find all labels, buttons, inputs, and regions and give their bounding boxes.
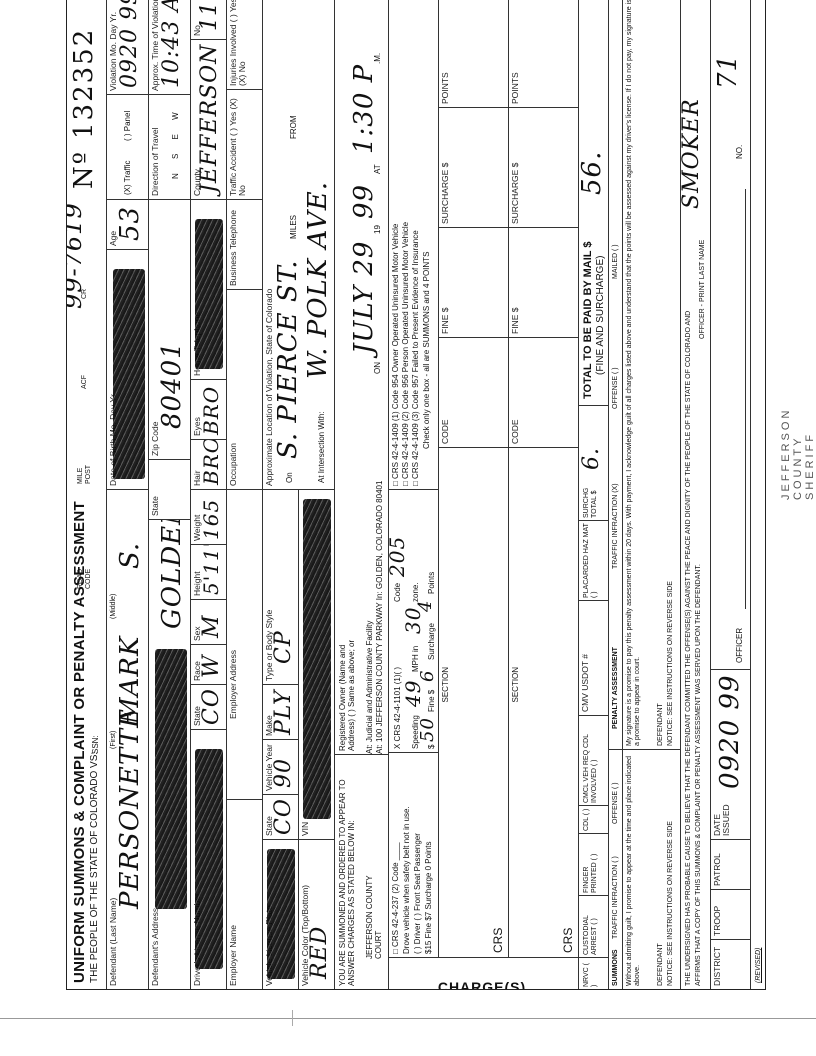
make-cell[interactable]: Make PLY <box>263 684 299 739</box>
officer-print-value: SMOKER <box>681 98 704 209</box>
appearance-cell: YOU ARE SUMMONED AND ORDERED TO APPEAR T… <box>335 754 389 989</box>
cmcl-cell[interactable]: CMCL VEH REQ CDL INVOLVED ( ) <box>579 715 609 805</box>
middle-name-label: (Middle) <box>110 594 118 619</box>
cdl-cell[interactable]: CDL ( ) <box>579 805 609 833</box>
surcharge-total-label: SURCHG TOTAL $ <box>583 478 599 518</box>
serial-number: 132352 <box>69 28 99 139</box>
penalty-infraction-checkbox[interactable]: TRAFFIC INFRACTION (X) <box>612 483 620 569</box>
speeding-code-label: Code <box>393 583 402 602</box>
serial-prefix: Nº <box>69 150 99 189</box>
zip-value: 80401 <box>157 341 187 429</box>
accident-cell[interactable]: Traffic Accident ( ) Yes (X) No <box>227 89 263 199</box>
insurance-line4: Check only one box - all are SUMMONS and… <box>422 252 431 449</box>
page-rule-tick <box>292 1010 293 1026</box>
hazmat-cell[interactable]: PLACARDED HAZ MAT ( ) <box>579 520 609 600</box>
seatbelt-line2: Drove vehicle when safety belt not in us… <box>402 806 411 954</box>
surcharge-total-cell[interactable]: SURCHG TOTAL $ 6. <box>579 405 609 520</box>
charge-row-2-points[interactable]: POINTS <box>509 0 579 107</box>
county-no-cell[interactable]: No. 11 <box>191 0 227 39</box>
code-label: CODE <box>511 419 520 444</box>
points-label: POINTS <box>511 72 520 104</box>
lic-state-value: CO <box>199 688 224 725</box>
seatbelt-cell[interactable]: □ CRS 42-4-237 (2) Code ____ Drove vehic… <box>389 752 439 957</box>
vin-cell[interactable]: VIN <box>299 489 335 839</box>
points-label: POINTS <box>441 72 450 104</box>
summons-form: UNIFORM SUMMONS & COMPLAINT OR PENALTY A… <box>66 0 766 990</box>
body-style-cell[interactable]: Type or Body Style CP <box>263 489 299 684</box>
address-label: Defendant's Address <box>151 908 160 986</box>
section-label: SECTION <box>441 667 450 703</box>
appearance-text: YOU ARE SUMMONED AND ORDERED TO APPEAR T… <box>338 756 356 986</box>
lic-state-cell[interactable]: State CO <box>191 684 227 729</box>
officer-print-label: OFFICER - PRINT LAST NAME <box>699 240 707 339</box>
owner-cell[interactable]: Registered Owner (Name and Address) ( ) … <box>335 0 389 754</box>
intersection-value: W. POLK AVE. <box>303 181 333 379</box>
officer-signature-line <box>745 189 746 609</box>
charges-label: CHARGE(S) <box>438 979 526 989</box>
charges-label-cell: CHARGE(S) <box>389 957 579 989</box>
violation-date-value: 0920 99 <box>117 0 142 88</box>
traffic-checkbox[interactable]: (X) Traffic <box>123 160 132 195</box>
seatbelt-line1[interactable]: □ CRS 42-4-237 (2) Code ____ <box>391 842 400 954</box>
plate-cell[interactable]: Vehicle License Plate <box>263 839 299 989</box>
on-street-value: S. PIERCE ST. <box>273 260 303 459</box>
body-style-value: CP <box>271 630 296 664</box>
redaction <box>195 219 223 369</box>
plate-state-value: CO <box>271 798 296 835</box>
summons-body[interactable]: Without admitting guilt, I promise to ap… <box>623 749 681 989</box>
surcharge-label: Surcharge <box>427 623 436 660</box>
owner-label: Registered Owner (Name and Address) ( ) … <box>338 631 356 751</box>
last-name-label: Defendant (Last Name) <box>109 898 118 986</box>
penalty-text: My signature is a promise to pay this pe… <box>626 0 642 746</box>
age-value: 53 <box>115 206 145 241</box>
business-phone-cell[interactable]: Business Telephone <box>227 199 263 289</box>
crs-label: CRS <box>561 928 575 953</box>
race-value: W <box>199 654 224 678</box>
cmcl-checkbox[interactable]: CMCL VEH REQ CDL INVOLVED ( ) <box>583 717 599 803</box>
intersection-label: At Intersection With: <box>317 411 326 483</box>
county-cell[interactable]: County JEFFERSON <box>191 39 227 199</box>
penalty-label: PENALTY ASSESSMENT <box>612 647 620 729</box>
accident-label[interactable]: Traffic Accident ( ) Yes (X) No <box>229 96 247 196</box>
nrvc-cell[interactable]: NRVC ( ) <box>579 957 609 989</box>
redaction <box>195 749 223 969</box>
patrol-cell[interactable]: PATROL <box>711 839 751 889</box>
license-cell[interactable]: Driver's License Number <box>191 729 227 989</box>
court-address: At: 100 JEFFERSON COUNTY PARKWAY In: GOL… <box>375 481 384 754</box>
insurance-line1[interactable]: □ CRS 42-4-1409 (1) Code 954 Owner Opera… <box>391 224 400 486</box>
page-bottom-rule <box>0 1018 816 1019</box>
color-cell[interactable]: Vehicle Color (Top/Bottom) RED <box>299 839 335 989</box>
total-label: TOTAL TO BE PAID BY MAIL $ <box>582 242 594 400</box>
county-value: JEFFERSON <box>197 44 222 193</box>
crs-label: CRS <box>491 928 505 953</box>
employer-label: Employer Name <box>229 925 238 986</box>
charge-row-2-surcharge[interactable]: SURCHARGE $ <box>509 107 579 227</box>
court-date-value: JULY 29 <box>349 241 379 354</box>
form-revision: (REVISED) <box>755 948 763 983</box>
insurance-line3[interactable]: □ CRS 42-4-1409 (3) Code 957 Failed to P… <box>411 230 420 486</box>
court-facility: At: Judicial and Administrative Facility <box>365 621 374 754</box>
court-time-value: 1:30 P <box>349 64 379 154</box>
violation-time-value: 10:43 AM <box>159 0 184 88</box>
injuries-label[interactable]: Injuries Involved ( ) Yes (X) No <box>229 0 247 86</box>
certification-row: THE UNDERSIGNED HAS PROBABLE CAUSE TO BE… <box>681 0 711 989</box>
summons-infraction-checkbox[interactable]: TRAFFIC INFRACTION ( ) <box>612 856 620 939</box>
road-code-label: ROAD CODE <box>77 559 93 589</box>
officer-no-label: NO. <box>735 145 744 159</box>
charge-row-1-points[interactable]: POINTS <box>439 0 509 107</box>
insurance-cell[interactable]: □ CRS 42-4-1409 (1) Code 954 Owner Opera… <box>389 0 439 489</box>
section-label: SECTION <box>511 667 520 703</box>
height-value: 5'11" <box>199 544 223 595</box>
mile-post-label: MILE POST <box>77 454 93 484</box>
surcharge-value: 6 <box>417 670 438 682</box>
mailed-checkbox[interactable]: MAILED ( ) <box>612 244 620 279</box>
notice-text: NOTICE: SEE INSTRUCTIONS ON REVERSE SIDE <box>667 821 675 986</box>
occupation-cell[interactable]: Occupation <box>227 289 263 489</box>
points-value: 4 <box>415 600 436 612</box>
direction-label: Direction of Travel <box>151 128 160 197</box>
employer-address-label: Employer Address <box>229 650 238 719</box>
usdot-cell[interactable]: CMV USDOT # <box>579 600 609 715</box>
total-cell[interactable]: TOTAL TO BE PAID BY MAIL $ (FINE AND SUR… <box>579 0 609 405</box>
form-subtitle: THE PEOPLE OF THE STATE OF COLORADO VS: <box>89 752 100 983</box>
fine-value: 50 <box>417 717 438 742</box>
total-value: 56. <box>579 151 607 195</box>
case-number: 99-7619 <box>67 202 87 309</box>
promise-text: Without admitting guilt, I promise to ap… <box>626 756 642 986</box>
middle-initial-value: S. <box>115 542 145 569</box>
last-name-value: PERSONETTE <box>115 708 145 909</box>
date-issued-cell[interactable]: DATE ISSUED 0920 99 <box>711 669 751 839</box>
year-prefix: 19 <box>373 225 382 234</box>
page-header-agency: JEFFERSON COUNTY SHERIFF <box>780 408 816 500</box>
charge-row-1-fine[interactable]: FINE $ <box>439 227 509 337</box>
notice-text-2: NOTICE: SEE INSTRUCTIONS ON REVERSE SIDE <box>667 581 675 746</box>
from-label: FROM <box>289 115 298 139</box>
certification-text-1: THE UNDERSIGNED HAS PROBABLE CAUSE TO BE… <box>685 311 693 986</box>
district-cell[interactable]: DISTRICT <box>711 939 751 989</box>
dob-cell[interactable]: Date of Birth Mo. Day Yr. <box>107 249 149 489</box>
patrol-label: PATROL <box>713 853 722 886</box>
nrvc-checkbox[interactable]: NRVC ( ) <box>583 959 599 987</box>
employer-address-cell[interactable]: Employer Address <box>227 489 263 799</box>
officer-cell[interactable]: OFFICER NO. 71 <box>711 0 751 669</box>
charge-row-2-section[interactable]: SECTION CRS <box>509 447 579 957</box>
court-year-value: 99 <box>349 184 379 219</box>
hazmat-checkbox[interactable]: PLACARDED HAZ MAT ( ) <box>583 522 599 598</box>
officer-label: OFFICER <box>735 628 744 663</box>
cdl-checkbox[interactable]: CDL ( ) <box>583 807 591 831</box>
county-no-value: 11 <box>197 1 222 31</box>
miles-label: MILES <box>289 215 298 239</box>
color-value: RED <box>307 926 332 979</box>
first-name-label: (First) <box>110 731 118 749</box>
custodial-cell[interactable]: CUSTODIAL ARREST ( ) <box>579 895 609 957</box>
usdot-label: CMV USDOT # <box>581 654 590 712</box>
weight-value: 165 <box>199 499 223 540</box>
seatbelt-line4: $15 Fine $7 Surcharge 0 Points <box>424 841 433 954</box>
direction-cell[interactable]: Direction of Travel N S E W <box>149 94 191 199</box>
on-label: On <box>285 472 294 483</box>
defendant-name-cell[interactable]: Defendant (Last Name) PERSONETTE (First)… <box>107 489 149 989</box>
at-time-label: AT <box>373 164 382 174</box>
redaction <box>303 499 331 819</box>
district-label: DISTRICT <box>713 947 722 986</box>
zip-cell[interactable]: Zip Code 80401 <box>149 199 191 459</box>
fine-label: FINE $ <box>441 308 450 334</box>
fine-prefix: $ <box>427 745 436 749</box>
mph-label: MPH in <box>411 646 420 672</box>
summons-offense-checkbox[interactable]: OFFENSE ( ) <box>612 782 620 824</box>
defendant-signature-label: DEFENDANT <box>657 943 665 986</box>
vin-label: VIN <box>301 822 310 836</box>
home-phone-cell[interactable]: Home Telephone <box>191 199 227 379</box>
first-name-value: MARK <box>115 636 145 724</box>
violation-time-cell[interactable]: Approx. Time of Violation 10:43 AM <box>149 0 191 94</box>
hair-value: BRO <box>199 439 223 485</box>
date-issued-label: DATE ISSUED <box>713 802 731 836</box>
time-suffix: .M. <box>373 53 382 64</box>
city-value: GOLDEN <box>157 519 187 629</box>
troop-label: TROOP <box>713 906 722 936</box>
defendant-signature-label-2: DEFENDANT <box>657 703 665 746</box>
speeding-code-value: 205 <box>389 536 409 577</box>
officer-no-value: 71 <box>713 54 743 89</box>
height-cell[interactable]: Height 5'11" <box>191 544 227 599</box>
redaction <box>155 649 187 909</box>
finger-printed-checkbox[interactable]: FINGER PRINTED ( ) <box>583 835 599 893</box>
surcharge-label: SURCHARGE $ <box>441 163 450 224</box>
state-cell[interactable]: State <box>149 459 191 519</box>
eyes-value: BRO <box>199 386 223 435</box>
violation-date-cell[interactable]: Violation Mo. Day Yr. 0920 99 <box>107 0 149 94</box>
charge-row-2-fine[interactable]: FINE $ <box>509 227 579 337</box>
fine-label: Fine $ <box>427 690 436 712</box>
points-label: Points <box>427 572 436 594</box>
code-label: CODE <box>441 419 450 444</box>
penalty-offense-checkbox[interactable]: OFFENSE ( ) <box>612 367 620 409</box>
surcharge-label: SURCHARGE $ <box>511 163 520 224</box>
occupation-label: Occupation <box>229 443 238 486</box>
eyes-cell[interactable]: Eyes BRO <box>191 379 227 439</box>
mph-value: 49 <box>401 680 425 707</box>
plate-state-cell[interactable]: State CO <box>263 794 299 839</box>
hair-cell[interactable]: Hair BRO <box>191 439 227 489</box>
charge-row-1-section[interactable]: SECTION CRS <box>439 447 509 957</box>
traffic-panel-cell[interactable]: (X) Traffic ( ) Panel <box>107 94 149 199</box>
business-phone-label: Business Telephone <box>229 210 238 286</box>
sex-value: M <box>199 614 224 638</box>
make-value: PLY <box>271 689 296 735</box>
seatbelt-line3: ( ) Driver ( ) Front Seat Passenger <box>413 833 422 954</box>
charge-row-1-code[interactable]: CODE <box>439 337 509 447</box>
penalty-body[interactable]: My signature is a promise to pay this pe… <box>623 0 681 749</box>
charge-row-2-code[interactable]: CODE <box>509 337 579 447</box>
insurance-line2[interactable]: □ CRS 42-4-1409 (2) Code 956 Person Oper… <box>401 222 410 486</box>
age-cell[interactable]: Age 53 <box>107 199 149 249</box>
surcharge-total-value: 6. <box>579 447 604 470</box>
state-label: State <box>151 496 160 516</box>
location-cell[interactable]: Approximate Location of Violation, State… <box>263 0 335 489</box>
total-sublabel: (FINE AND SURCHARGE) <box>595 256 606 375</box>
redaction <box>267 849 295 979</box>
employer-cell[interactable]: Employer Name <box>227 799 263 989</box>
direction-options[interactable]: N S E W <box>171 106 180 179</box>
penalty-header: PENALTY ASSESSMENT TRAFFIC INFRACTION (X… <box>609 0 623 749</box>
speeding-cell[interactable]: X CRS 42-4-1101 (1)( ) Code 205 Speeding… <box>389 489 439 752</box>
title-row: UNIFORM SUMMONS & COMPLAINT OR PENALTY A… <box>67 0 107 989</box>
redaction <box>113 269 145 479</box>
sex-cell[interactable]: Sex M <box>191 599 227 644</box>
weight-cell[interactable]: Weight 165 <box>191 489 227 544</box>
charge-row-1-surcharge[interactable]: SURCHARGE $ <box>439 107 509 227</box>
injuries-cell[interactable]: Injuries Involved ( ) Yes (X) No <box>227 0 263 89</box>
certification-text-2: AFFIRMS THAT A COPY OF THIS SUMMONS & CO… <box>695 564 703 986</box>
troop-cell[interactable]: TROOP <box>711 889 751 939</box>
vehicle-year-value: 90 <box>271 758 296 788</box>
custodial-arrest-checkbox[interactable]: CUSTODIAL ARREST ( ) <box>583 897 599 955</box>
date-issued-value: 0920 99 <box>715 674 745 789</box>
race-cell[interactable]: Race W <box>191 644 227 684</box>
court-name: JEFFERSON COUNTY COURT <box>365 869 383 959</box>
fine-label: FINE $ <box>511 308 520 334</box>
summons-header: SUMMONS TRAFFIC INFRACTION ( ) OFFENSE (… <box>609 749 623 989</box>
address-cell[interactable]: Defendant's Address GOLDEN <box>149 519 191 989</box>
summons-label: SUMMONS <box>612 949 620 986</box>
panel-checkbox[interactable]: ( ) Panel <box>123 111 132 141</box>
ssn-label: SSN: <box>91 735 100 754</box>
vehicle-year-cell[interactable]: Vehicle Year 90 <box>263 739 299 794</box>
on-date-label: ON <box>373 362 382 374</box>
acf-label: ACF <box>81 375 89 389</box>
finger-cell[interactable]: FINGER PRINTED ( ) <box>579 833 609 895</box>
